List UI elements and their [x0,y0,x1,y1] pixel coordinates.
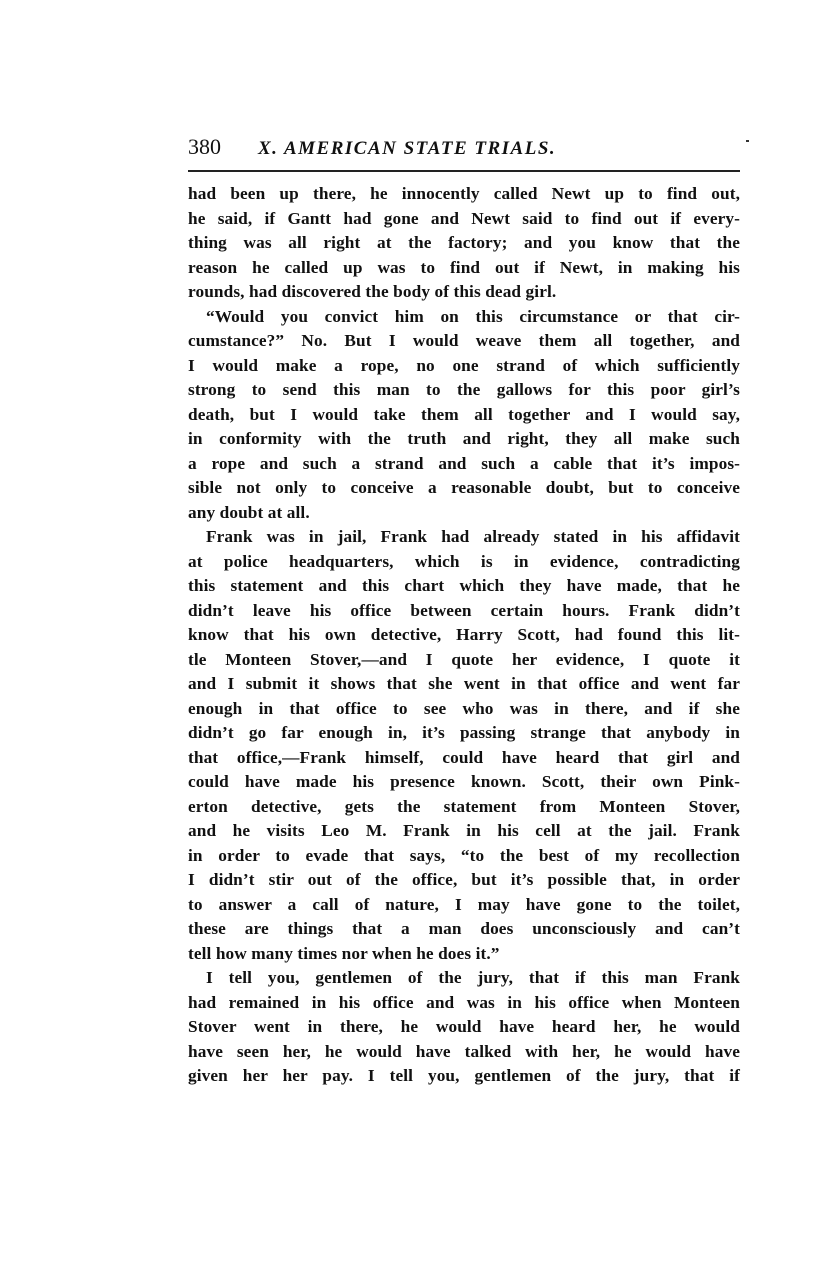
text-line: that office,—Frank himself, could have h… [188,746,740,771]
text-line: have seen her, he would have talked with… [188,1040,740,1065]
text-line: in order to evade that says, “to the bes… [188,844,740,869]
text-line: I tell you, gentlemen of the jury, that … [188,966,740,991]
text-line: given her her pay. I tell you, gentlemen… [188,1064,740,1089]
text-line: didn’t leave his office between certain … [188,599,740,624]
text-line: in conformity with the truth and right, … [188,427,740,452]
paragraph: “Would you convict him on this circumsta… [188,305,740,526]
text-line: Stover went in there, he would have hear… [188,1015,740,1040]
text-line: I would make a rope, no one strand of wh… [188,354,740,379]
text-line: tell how many times nor when he does it.… [188,942,740,967]
text-line: at police headquarters, which is in evid… [188,550,740,575]
page-body: had been up there, he innocently called … [188,182,740,1089]
text-line: strong to send this man to the gallows f… [188,378,740,403]
text-line: and I submit it shows that she went in t… [188,672,740,697]
page-header: 380 X. AMERICAN STATE TRIALS. [188,134,740,162]
paragraph: had been up there, he innocently called … [188,182,740,305]
text-line: enough in that office to see who was in … [188,697,740,722]
text-line: cumstance?” No. But I would weave them a… [188,329,740,354]
text-line: erton detective, gets the statement from… [188,795,740,820]
paragraph: Frank was in jail, Frank had already sta… [188,525,740,966]
paragraph: I tell you, gentlemen of the jury, that … [188,966,740,1089]
text-line: tle Monteen Stover,—and I quote her evid… [188,648,740,673]
text-line: had been up there, he innocently called … [188,182,740,207]
book-page: 380 X. AMERICAN STATE TRIALS. had been u… [188,134,740,162]
text-line: I didn’t stir out of the office, but it’… [188,868,740,893]
header-rule [188,170,740,172]
text-line: any doubt at all. [188,501,740,526]
page-number: 380 [188,134,258,160]
text-line: these are things that a man does unconsc… [188,917,740,942]
text-line: know that his own detective, Harry Scott… [188,623,740,648]
text-line: he said, if Gantt had gone and Newt said… [188,207,740,232]
scan-speck [746,140,749,142]
text-line: thing was all right at the factory; and … [188,231,740,256]
text-line: Frank was in jail, Frank had already sta… [188,525,740,550]
text-line: could have made his presence known. Scot… [188,770,740,795]
text-line: death, but I would take them all togethe… [188,403,740,428]
text-line: and he visits Leo M. Frank in his cell a… [188,819,740,844]
text-line: this statement and this chart which they… [188,574,740,599]
text-line: “Would you convict him on this circumsta… [188,305,740,330]
text-line: sible not only to conceive a reasonable … [188,476,740,501]
text-line: rounds, had discovered the body of this … [188,280,740,305]
text-line: a rope and such a strand and such a cabl… [188,452,740,477]
text-line: reason he called up was to find out if N… [188,256,740,281]
text-line: to answer a call of nature, I may have g… [188,893,740,918]
running-title: X. AMERICAN STATE TRIALS. [258,138,556,160]
text-line: had remained in his office and was in hi… [188,991,740,1016]
text-line: didn’t go far enough in, it’s passing st… [188,721,740,746]
